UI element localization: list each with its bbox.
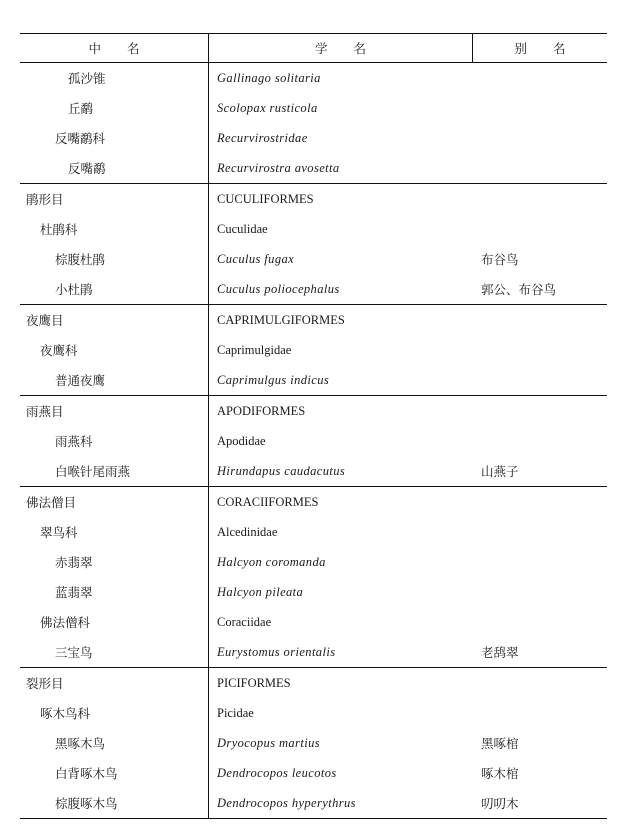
- chinese-name-cell: 小杜鹃: [20, 274, 209, 304]
- scientific-name-cell: Coraciidae: [209, 607, 473, 637]
- scientific-name-cell: Dendrocopos hyperythrus: [209, 788, 473, 818]
- table-row: 普通夜鹰Caprimulgus indicus: [20, 365, 607, 395]
- scientific-name-cell: Recurvirostra avosetta: [209, 153, 473, 183]
- chinese-name-cell: 棕腹啄木鸟: [20, 788, 209, 818]
- alias-cell: [473, 123, 607, 153]
- alias-cell: [473, 153, 607, 183]
- chinese-name-cell: 啄木鸟科: [20, 698, 209, 728]
- chinese-name-cell: 翠鸟科: [20, 517, 209, 547]
- table-row: 三宝鸟Eurystomus orientalis老鸹翠: [20, 637, 607, 667]
- table-group: 夜鹰目CAPRIMULGIFORMES夜鹰科Caprimulgidae普通夜鹰C…: [20, 305, 607, 396]
- chinese-name-cell: 雨燕目: [20, 396, 209, 426]
- table-row: 啄木鸟科Picidae: [20, 698, 607, 728]
- table-row: 佛法僧科Coraciidae: [20, 607, 607, 637]
- scientific-name-cell: Eurystomus orientalis: [209, 637, 473, 667]
- scientific-name-cell: CUCULIFORMES: [209, 184, 473, 214]
- table-row: 雨燕目APODIFORMES: [20, 396, 607, 426]
- scientific-name-cell: Hirundapus caudacutus: [209, 456, 473, 486]
- header-scientific-name: 学名: [209, 34, 473, 62]
- scientific-name-cell: Halcyon pileata: [209, 577, 473, 607]
- alias-cell: 叨叨木: [473, 788, 607, 818]
- alias-cell: [473, 365, 607, 395]
- bird-species-table: 中名 学名 别名 孤沙锥Gallinago solitaria丘鹬Scolopa…: [20, 33, 607, 819]
- alias-cell: 啄木棺: [473, 758, 607, 788]
- scientific-name-cell: APODIFORMES: [209, 396, 473, 426]
- scientific-name-cell: Halcyon coromanda: [209, 547, 473, 577]
- chinese-name-cell: 佛法僧科: [20, 607, 209, 637]
- table-group: 佛法僧目CORACIIFORMES翠鸟科Alcedinidae赤翡翠Halcyo…: [20, 487, 607, 668]
- scientific-name-cell: Caprimulgus indicus: [209, 365, 473, 395]
- alias-cell: [473, 547, 607, 577]
- scientific-name-cell: Gallinago solitaria: [209, 63, 473, 93]
- table-group: 孤沙锥Gallinago solitaria丘鹬Scolopax rustico…: [20, 63, 607, 184]
- scientific-name-cell: Cuculidae: [209, 214, 473, 244]
- alias-cell: 山燕子: [473, 456, 607, 486]
- chinese-name-cell: 孤沙锥: [20, 63, 209, 93]
- alias-cell: [473, 396, 607, 426]
- chinese-name-cell: 白背啄木鸟: [20, 758, 209, 788]
- scientific-name-cell: Picidae: [209, 698, 473, 728]
- chinese-name-cell: 佛法僧目: [20, 487, 209, 517]
- table-row: 赤翡翠Halcyon coromanda: [20, 547, 607, 577]
- table-row: 白喉针尾雨燕Hirundapus caudacutus山燕子: [20, 456, 607, 486]
- chinese-name-cell: 黑啄木鸟: [20, 728, 209, 758]
- table-row: 鹃形目CUCULIFORMES: [20, 184, 607, 214]
- chinese-name-cell: 三宝鸟: [20, 637, 209, 667]
- alias-cell: 布谷鸟: [473, 244, 607, 274]
- table-row: 杜鹃科Cuculidae: [20, 214, 607, 244]
- scientific-name-cell: CAPRIMULGIFORMES: [209, 305, 473, 335]
- table-group: 裂形目PICIFORMES啄木鸟科Picidae黑啄木鸟Dryocopus ma…: [20, 668, 607, 819]
- table-row: 黑啄木鸟Dryocopus martius黑啄棺: [20, 728, 607, 758]
- chinese-name-cell: 白喉针尾雨燕: [20, 456, 209, 486]
- scientific-name-cell: Dryocopus martius: [209, 728, 473, 758]
- alias-cell: 黑啄棺: [473, 728, 607, 758]
- alias-cell: 老鸹翠: [473, 637, 607, 667]
- chinese-name-cell: 反嘴鹬科: [20, 123, 209, 153]
- table-row: 裂形目PICIFORMES: [20, 668, 607, 698]
- chinese-name-cell: 赤翡翠: [20, 547, 209, 577]
- table-row: 夜鹰目CAPRIMULGIFORMES: [20, 305, 607, 335]
- alias-cell: [473, 93, 607, 123]
- alias-cell: [473, 577, 607, 607]
- chinese-name-cell: 夜鹰目: [20, 305, 209, 335]
- scientific-name-cell: Scolopax rusticola: [209, 93, 473, 123]
- chinese-name-cell: 鹃形目: [20, 184, 209, 214]
- chinese-name-cell: 蓝翡翠: [20, 577, 209, 607]
- alias-cell: [473, 305, 607, 335]
- header-chinese-name: 中名: [20, 34, 209, 62]
- scientific-name-cell: Caprimulgidae: [209, 335, 473, 365]
- table-header: 中名 学名 别名: [20, 33, 607, 63]
- scientific-name-cell: Dendrocopos leucotos: [209, 758, 473, 788]
- table-body: 孤沙锥Gallinago solitaria丘鹬Scolopax rustico…: [20, 63, 607, 819]
- chinese-name-cell: 棕腹杜鹃: [20, 244, 209, 274]
- table-row: 棕腹啄木鸟Dendrocopos hyperythrus叨叨木: [20, 788, 607, 818]
- table-row: 夜鹰科Caprimulgidae: [20, 335, 607, 365]
- alias-cell: 郭公、布谷鸟: [473, 274, 607, 304]
- chinese-name-cell: 雨燕科: [20, 426, 209, 456]
- table-row: 丘鹬Scolopax rusticola: [20, 93, 607, 123]
- header-alias: 别名: [473, 34, 607, 62]
- chinese-name-cell: 裂形目: [20, 668, 209, 698]
- chinese-name-cell: 夜鹰科: [20, 335, 209, 365]
- alias-cell: [473, 698, 607, 728]
- table-row: 小杜鹃Cuculus poliocephalus郭公、布谷鸟: [20, 274, 607, 304]
- alias-cell: [473, 487, 607, 517]
- alias-cell: [473, 184, 607, 214]
- alias-cell: [473, 607, 607, 637]
- table-row: 孤沙锥Gallinago solitaria: [20, 63, 607, 93]
- alias-cell: [473, 214, 607, 244]
- chinese-name-cell: 普通夜鹰: [20, 365, 209, 395]
- table-row: 蓝翡翠Halcyon pileata: [20, 577, 607, 607]
- table-row: 棕腹杜鹃Cuculus fugax布谷鸟: [20, 244, 607, 274]
- table-row: 雨燕科Apodidae: [20, 426, 607, 456]
- chinese-name-cell: 丘鹬: [20, 93, 209, 123]
- table-row: 反嘴鹬科Recurvirostridae: [20, 123, 607, 153]
- table-group: 鹃形目CUCULIFORMES杜鹃科Cuculidae棕腹杜鹃Cuculus f…: [20, 184, 607, 305]
- scientific-name-cell: PICIFORMES: [209, 668, 473, 698]
- table-row: 佛法僧目CORACIIFORMES: [20, 487, 607, 517]
- alias-cell: [473, 335, 607, 365]
- scientific-name-cell: Alcedinidae: [209, 517, 473, 547]
- table-row: 翠鸟科Alcedinidae: [20, 517, 607, 547]
- alias-cell: [473, 426, 607, 456]
- alias-cell: [473, 668, 607, 698]
- table-row: 反嘴鹬Recurvirostra avosetta: [20, 153, 607, 183]
- chinese-name-cell: 杜鹃科: [20, 214, 209, 244]
- alias-cell: [473, 63, 607, 93]
- scientific-name-cell: Cuculus poliocephalus: [209, 274, 473, 304]
- table-row: 白背啄木鸟Dendrocopos leucotos啄木棺: [20, 758, 607, 788]
- scientific-name-cell: Recurvirostridae: [209, 123, 473, 153]
- alias-cell: [473, 517, 607, 547]
- scientific-name-cell: CORACIIFORMES: [209, 487, 473, 517]
- scientific-name-cell: Apodidae: [209, 426, 473, 456]
- table-group: 雨燕目APODIFORMES雨燕科Apodidae白喉针尾雨燕Hirundapu…: [20, 396, 607, 487]
- scientific-name-cell: Cuculus fugax: [209, 244, 473, 274]
- chinese-name-cell: 反嘴鹬: [20, 153, 209, 183]
